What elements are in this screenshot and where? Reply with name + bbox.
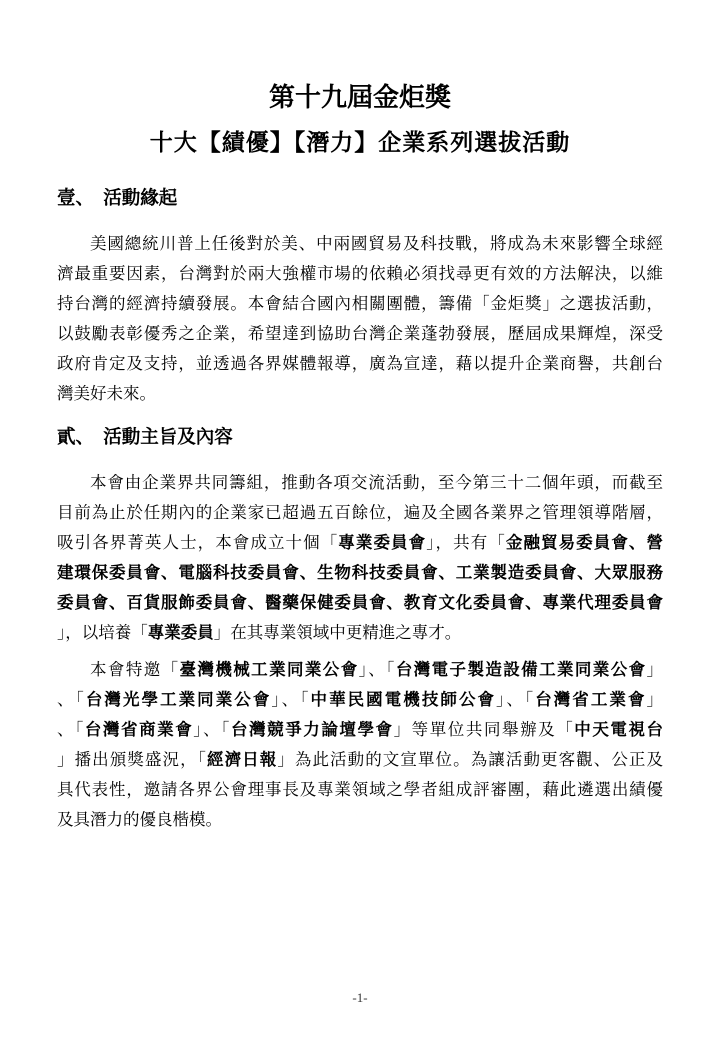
section-heading-2: 貳、 活動主旨及內容 [57, 423, 663, 453]
paragraph-line: 灣美好未來。 [57, 379, 663, 409]
document-subtitle: 十大【績優】【潛力】企業系列選拔活動 [57, 126, 663, 160]
section-heading-1: 壹、 活動緣起 [57, 184, 663, 214]
text-segment: 」播出頒獎盛況，「 [57, 750, 207, 769]
text-segment: 灣美好未來。 [57, 384, 156, 403]
section-activity-purpose: 貳、 活動主旨及內容 本會由企業界共同籌組，推動各項交流活動，至今第三十二個年頭… [57, 423, 663, 835]
bold-text-segment: 中華民國電機技師公會 [311, 690, 497, 709]
paragraph-line: 建環保委員會、電腦科技委員會、生物科技委員會、工業製造委員會、大眾服務 [57, 558, 663, 588]
text-segment: 目前為止於任期內的企業家已超過五百餘位，遍及全國各業界之管理領導階層， [57, 503, 663, 522]
text-segment: 濟最重要因素，台灣對於兩大強權市場的依賴必須找尋更有效的方法解決，以維 [57, 264, 663, 283]
bold-text-segment: 台灣電子製造設備工業同業公會 [396, 660, 647, 679]
bold-text-segment: 臺灣機械工業同業公會 [180, 660, 359, 679]
paragraph: 本會特邀「臺灣機械工業同業公會」、「台灣電子製造設備工業同業公會」、「台灣光學工… [57, 655, 663, 835]
text-segment: 及具潛力的優良楷模。 [57, 810, 222, 829]
text-segment: 本會由企業界共同籌組，推動各項交流活動，至今第三十二個年頭，而截至 [90, 473, 663, 492]
text-segment: 」，以培養「 [57, 623, 148, 642]
paragraph-line: 」，以培養「專業委員」在其專業領域中更精進之專才。 [57, 618, 663, 648]
text-segment: 」、「 [193, 720, 231, 739]
paragraph-line: 、「台灣省商業會」、「台灣競爭力論壇學會」等單位共同舉辦及「中天電視台 [57, 715, 663, 745]
paragraph-line: 、「台灣光學工業同業公會」、「中華民國電機技師公會」、「台灣省工業會」 [57, 685, 663, 715]
paragraph-line: 政府肯定及支持，並透過各界媒體報導，廣為宣達，藉以提升企業商譽，共創台 [57, 349, 663, 379]
bold-text-segment: 經濟日報 [207, 750, 277, 769]
bold-text-segment: 中天電視台 [574, 720, 663, 739]
bold-text-segment: 金融貿易委員會、營 [506, 533, 663, 552]
text-segment: 」、「 [271, 690, 310, 709]
text-segment: 」，共有「 [426, 533, 506, 552]
section-body-1: 美國總統川普上任後對於美、中兩國貿易及科技戰，將成為未來影響全球經濟最重要因素，… [57, 229, 663, 409]
bold-text-segment: 委員會、百貨服飾委員會、醫藥保健委員會、教育文化委員會、專業代理委員會 [57, 593, 663, 612]
text-segment: 」為此活動的文宣單位。為讓活動更客觀、公正及 [277, 750, 663, 769]
text-segment: 美國總統川普上任後對於美、中兩國貿易及科技戰，將成為未來影響全球經 [90, 234, 663, 253]
document-title: 第十九屆金炬獎 [57, 0, 663, 116]
paragraph-line: 本會特邀「臺灣機械工業同業公會」、「台灣電子製造設備工業同業公會」 [57, 655, 663, 685]
paragraph: 本會由企業界共同籌組，推動各項交流活動，至今第三十二個年頭，而截至目前為止於任期… [57, 468, 663, 648]
bold-text-segment: 台灣競爭力論壇學會 [231, 720, 394, 739]
section-body-2: 本會由企業界共同籌組，推動各項交流活動，至今第三十二個年頭，而截至目前為止於任期… [57, 468, 663, 835]
document-content: 第十九屆金炬獎 十大【績優】【潛力】企業系列選拔活動 壹、 活動緣起 美國總統川… [0, 0, 720, 835]
text-segment: 、「 [57, 690, 86, 709]
paragraph-line: 吸引各界菁英人士，本會成立十個「專業委員會」，共有「金融貿易委員會、營 [57, 528, 663, 558]
bold-text-segment: 專業委員會 [338, 533, 426, 552]
text-segment: 具代表性，邀請各界公會理事長及專業領域之學者組成評審團，藉此遴選出績優 [57, 780, 663, 799]
bold-text-segment: 台灣省工業會 [535, 690, 646, 709]
bold-text-segment: 專業委員 [148, 623, 214, 642]
paragraph-line: 濟最重要因素，台灣對於兩大強權市場的依賴必須找尋更有效的方法解決，以維 [57, 259, 663, 289]
section-activity-origin: 壹、 活動緣起 美國總統川普上任後對於美、中兩國貿易及科技戰，將成為未來影響全球… [57, 184, 663, 409]
paragraph-line: 及具潛力的優良楷模。 [57, 805, 663, 835]
paragraph-line: 委員會、百貨服飾委員會、醫藥保健委員會、教育文化委員會、專業代理委員會 [57, 588, 663, 618]
document-page: 第十九屆金炬獎 十大【績優】【潛力】企業系列選拔活動 壹、 活動緣起 美國總統川… [0, 0, 720, 1040]
bold-text-segment: 台灣光學工業同業公會 [86, 690, 272, 709]
bold-text-segment: 台灣省商業會 [85, 720, 193, 739]
text-segment: 本會特邀「 [90, 660, 180, 679]
paragraph-line: 」播出頒獎盛況，「經濟日報」為此活動的文宣單位。為讓活動更客觀、公正及 [57, 745, 663, 775]
paragraph-line: 目前為止於任期內的企業家已超過五百餘位，遍及全國各業界之管理領導階層， [57, 498, 663, 528]
paragraph-line: 以鼓勵表彰優秀之企業，希望達到協助台灣企業蓬勃發展，歷屆成果輝煌，深受 [57, 319, 663, 349]
text-segment: 、「 [57, 720, 85, 739]
text-segment: 」、「 [359, 660, 396, 679]
text-segment: 」、「 [496, 690, 535, 709]
text-segment: 」 [647, 690, 664, 709]
paragraph-line: 具代表性，邀請各界公會理事長及專業領域之學者組成評審團，藉此遴選出績優 [57, 775, 663, 805]
paragraph-line: 美國總統川普上任後對於美、中兩國貿易及科技戰，將成為未來影響全球經 [57, 229, 663, 259]
bold-text-segment: 建環保委員會、電腦科技委員會、生物科技委員會、工業製造委員會、大眾服務 [57, 563, 663, 582]
paragraph: 美國總統川普上任後對於美、中兩國貿易及科技戰，將成為未來影響全球經濟最重要因素，… [57, 229, 663, 409]
text-segment: 」 [647, 660, 664, 679]
text-segment: 」在其專業領域中更精進之專才。 [214, 623, 462, 642]
paragraph-line: 持台灣的經濟持續發展。本會結合國內相關團體，籌備「金炬獎」之選拔活動， [57, 289, 663, 319]
paragraph-line: 本會由企業界共同籌組，推動各項交流活動，至今第三十二個年頭，而截至 [57, 468, 663, 498]
text-segment: 以鼓勵表彰優秀之企業，希望達到協助台灣企業蓬勃發展，歷屆成果輝煌，深受 [57, 324, 663, 343]
text-segment: 持台灣的經濟持續發展。本會結合國內相關團體，籌備「金炬獎」之選拔活動， [57, 294, 663, 313]
text-segment: 」等單位共同舉辦及「 [394, 720, 575, 739]
page-number: -1- [0, 990, 720, 1006]
text-segment: 政府肯定及支持，並透過各界媒體報導，廣為宣達，藉以提升企業商譽，共創台 [57, 354, 663, 373]
text-segment: 吸引各界菁英人士，本會成立十個「 [57, 533, 338, 552]
